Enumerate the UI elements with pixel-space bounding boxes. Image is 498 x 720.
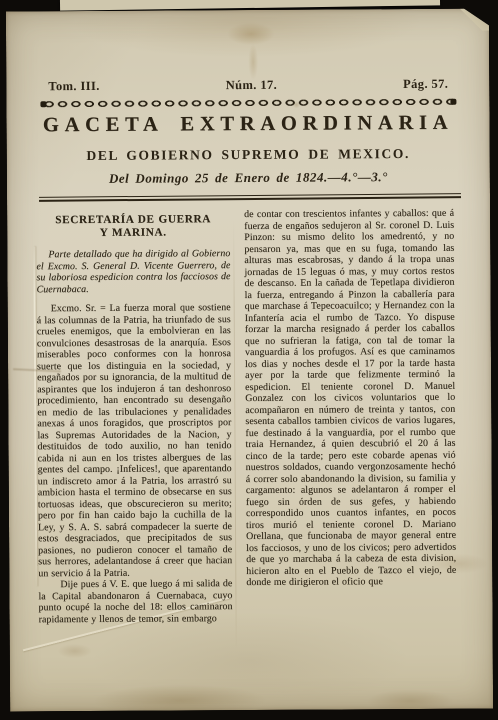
page-number-label: Pág. 57. (403, 77, 448, 92)
issue-number-label: Núm. 17. (226, 78, 278, 93)
section-heading-line1: SECRETARÍA DE GUERRA (55, 213, 211, 226)
newspaper-page: Tom. III. Núm. 17. Pág. 57. GACETA EXTRA… (6, 9, 493, 712)
body-paragraph: Excmo. Sr. = La fuerza moral que sostien… (37, 302, 233, 579)
gazette-title: GACETA EXTRAORDINARIA (6, 112, 489, 138)
dateline: Del Domingo 25 de Enero de 1824.—4.°—3.° (7, 169, 490, 188)
background-sheet-edge (60, 0, 440, 11)
chain-ornament (42, 97, 454, 110)
section-heading: SECRETARÍA DE GUERRA Y MARINA. (36, 213, 230, 240)
right-column: de contar con trescientos infantes y cab… (244, 208, 457, 624)
section-heading-line2: Y MARINA. (100, 227, 167, 239)
article-body: SECRETARÍA DE GUERRA Y MARINA. Parte det… (36, 208, 457, 626)
body-paragraph: Dije pues á V. E. que luego á mi salida … (38, 578, 232, 625)
photo-background: { "document": { "colors": { "background"… (0, 0, 498, 720)
gazette-subtitle: DEL GOBIERNO SUPREMO DE MEXICO. (7, 146, 490, 165)
tome-label: Tom. III. (48, 79, 100, 94)
body-paragraph-continuation: de contar con trescientos infantes y cab… (244, 208, 456, 589)
lead-paragraph: Parte detallado que ha dirigido al Gobie… (36, 248, 230, 295)
left-column: SECRETARÍA DE GUERRA Y MARINA. Parte det… (36, 209, 233, 625)
corner-fold (459, 9, 489, 31)
double-rule (39, 193, 461, 202)
masthead-row: Tom. III. Núm. 17. Pág. 57. (48, 77, 448, 94)
